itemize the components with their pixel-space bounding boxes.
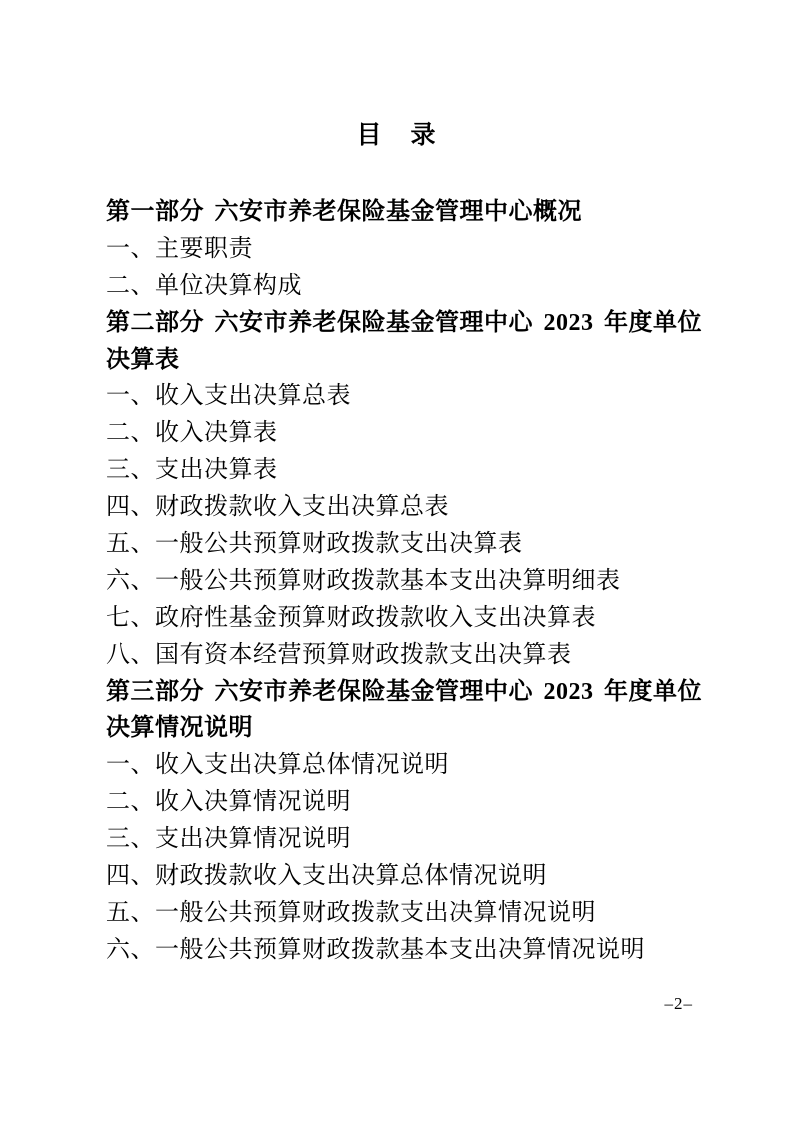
section-2-heading-line-1: 第二部分 六安市养老保险基金管理中心 2023 年度单位 (106, 305, 712, 342)
toc-item: 六、一般公共预算财政拨款基本支出决算情况说明 (106, 932, 712, 969)
page-title: 目 录 (0, 117, 794, 154)
toc-item: 二、收入决算表 (106, 415, 712, 452)
toc-item: 七、政府性基金预算财政拨款收入支出决算表 (106, 600, 712, 637)
table-of-contents: 第一部分 六安市养老保险基金管理中心概况 一、主要职责 二、单位决算构成 第二部… (106, 194, 712, 969)
toc-item: 一、收入支出决算总表 (106, 378, 712, 415)
toc-item: 八、国有资本经营预算财政拨款支出决算表 (106, 637, 712, 674)
document-page: 目 录 第一部分 六安市养老保险基金管理中心概况 一、主要职责 二、单位决算构成… (0, 0, 794, 1122)
toc-item: 六、一般公共预算财政拨款基本支出决算明细表 (106, 563, 712, 600)
toc-item: 三、支出决算表 (106, 452, 712, 489)
toc-item: 五、一般公共预算财政拨款支出决算情况说明 (106, 895, 712, 932)
toc-item: 四、财政拨款收入支出决算总表 (106, 489, 712, 526)
section-1-heading: 第一部分 六安市养老保险基金管理中心概况 (106, 194, 712, 231)
toc-item: 三、支出决算情况说明 (106, 821, 712, 858)
section-3-heading-line-1: 第三部分 六安市养老保险基金管理中心 2023 年度单位 (106, 674, 712, 711)
toc-item: 一、主要职责 (106, 231, 712, 268)
toc-item: 五、一般公共预算财政拨款支出决算表 (106, 526, 712, 563)
toc-item: 二、收入决算情况说明 (106, 784, 712, 821)
section-2-heading-line-2: 决算表 (106, 342, 712, 379)
toc-item: 二、单位决算构成 (106, 268, 712, 305)
section-3-heading-line-2: 决算情况说明 (106, 710, 712, 747)
page-number: –2– (665, 992, 694, 1016)
toc-item: 四、财政拨款收入支出决算总体情况说明 (106, 858, 712, 895)
toc-item: 一、收入支出决算总体情况说明 (106, 747, 712, 784)
